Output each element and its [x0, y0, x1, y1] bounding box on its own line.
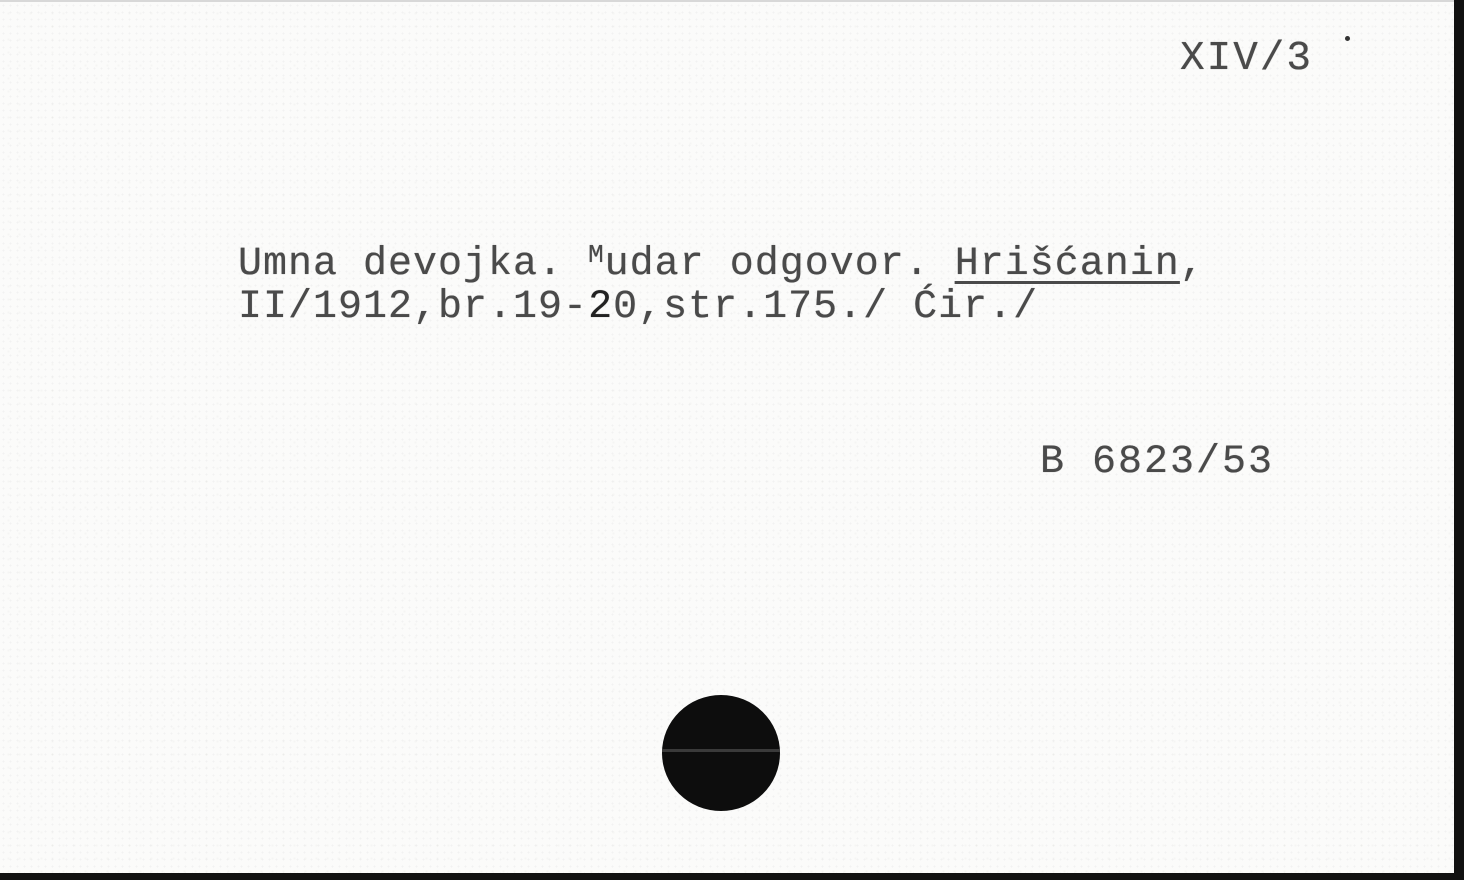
comma: , [1180, 242, 1205, 287]
source-title: Hrišćanin [955, 242, 1180, 287]
page-script-text: 0,str.175./ Ćir./ [613, 285, 1038, 330]
subtitle-text: udar odgovor. [605, 242, 955, 287]
ink-dot [1345, 36, 1350, 41]
title-text: Umna devojka. [238, 242, 588, 287]
entry-line-1: Umna devojka. Mudar odgovor. Hrišćanin, [238, 240, 1205, 287]
shelf-mark: XIV/3 [1180, 36, 1313, 82]
punch-hole [662, 695, 780, 811]
issue-text: II/1912,br.19- [238, 285, 588, 330]
catalog-card: XIV/3 Umna devojka. Mudar odgovor. Hrišć… [0, 0, 1454, 873]
title-initial: M [588, 240, 605, 270]
call-number: B 6823/53 [1040, 440, 1274, 485]
entry-line-2: II/1912,br.19-20,str.175./ Ćir./ [238, 285, 1038, 330]
issue-digit: 2 [588, 285, 613, 330]
